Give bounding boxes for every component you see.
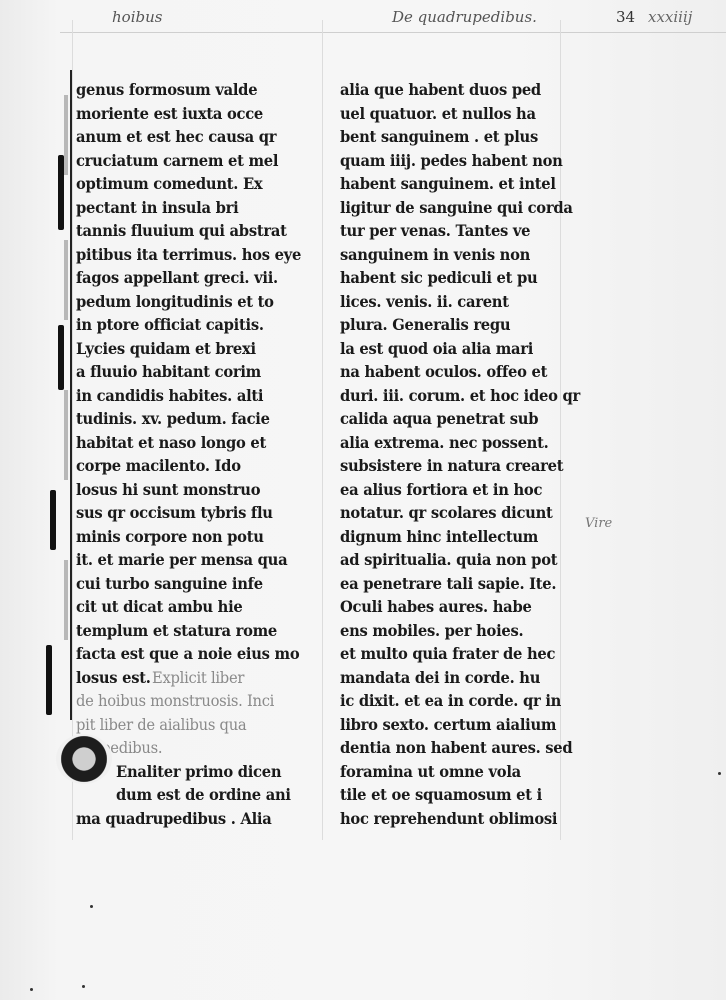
text-line: tur per venas. Tantes ve [340, 219, 561, 243]
text-line: ma quadrupedibus . Alia [76, 807, 297, 831]
column-a: genus formosum valde moriente est iuxta … [76, 78, 316, 830]
text-line: habitat et naso longo et [76, 431, 297, 455]
text-line: pedum longitudinis et to [76, 290, 297, 314]
text-line: dentia non habent aures. sed [340, 736, 561, 760]
text-line: mandata dei in corde. hu [340, 666, 561, 690]
text-line: optimum comedunt. Ex [76, 172, 297, 196]
text-line: losus hi sunt monstruo [76, 478, 297, 502]
pen-flourish-bar [64, 95, 68, 175]
pen-flourish-bar [46, 645, 52, 715]
text-line: uel quatuor. et nullos ha [340, 102, 561, 126]
text-line: ens mobiles. per hoies. [340, 619, 561, 643]
text-line: et multo quia frater de hec [340, 642, 561, 666]
text-line: duri. iii. corum. et hoc ideo qr [340, 384, 561, 408]
text-line: pectant in insula bri [76, 196, 297, 220]
text-line: tudinis. xv. pedum. facie [76, 407, 297, 431]
folio-number: 34 [616, 8, 635, 26]
text-line: corpe macilento. Ido [76, 454, 297, 478]
text-line: in candidis habites. alti [76, 384, 297, 408]
text-line: alia que habent duos ped [340, 78, 561, 102]
text-line: Enaliter primo dicen [116, 760, 300, 784]
ink-speck [30, 988, 33, 991]
text-line: habent sanguinem. et intel [340, 172, 561, 196]
text-line: na habent oculos. offeo et [340, 360, 561, 384]
border-decoration [70, 70, 72, 720]
text-line: ligitur de sanguine qui corda [340, 196, 561, 220]
text-line: dignum hinc intellectum [340, 525, 561, 549]
rubric-line: pit liber de aialibus qua [76, 713, 297, 737]
text-line: la est quod oia alia mari [340, 337, 561, 361]
ink-speck [90, 905, 93, 908]
text-line: minis corpore non potu [76, 525, 297, 549]
text-line: sanguinem in venis non [340, 243, 561, 267]
text-line: pitibus ita terrimus. hos eye [76, 243, 297, 267]
text-line: Lycies quidam et brexi [76, 337, 297, 361]
text-line: dum est de ordine ani [116, 783, 300, 807]
text-line: alia extrema. nec possent. [340, 431, 561, 455]
running-title-center: De quadrupedibus. [392, 8, 537, 26]
text-line: tannis fluuium qui abstrat [76, 219, 297, 243]
text-line: subsistere in natura crearet [340, 454, 561, 478]
text-line: quam iiij. pedes habent non [340, 149, 561, 173]
text-line: bent sanguinem . et plus [340, 125, 561, 149]
text-line: foramina ut omne vola [340, 760, 561, 784]
text-line: tile et oe squamosum et i [340, 783, 561, 807]
text-line: in ptore officiat capitis. [76, 313, 297, 337]
pen-flourish-bar [50, 490, 56, 550]
text-line: sus qr occisum tybris flu [76, 501, 297, 525]
text-line: anum et est hec causa qr [76, 125, 297, 149]
ink-speck [718, 772, 721, 775]
text-line: lices. venis. ii. carent [340, 290, 561, 314]
pen-flourish-bar [64, 240, 68, 320]
pen-flourish-bar [58, 155, 64, 230]
text-line: ea alius fortiora et in hoc [340, 478, 561, 502]
text-line: cui turbo sanguine infe [76, 572, 297, 596]
text-line: cit ut dicat ambu hie [76, 595, 297, 619]
pen-flourish-bar [64, 560, 68, 640]
text-line: a fluuio habitant corim [76, 360, 297, 384]
text-line: genus formosum valde [76, 78, 297, 102]
running-title-left: hoibus [112, 8, 162, 26]
text-line: libro sexto. certum aialium [340, 713, 561, 737]
rubric-line: Explicit liber [152, 666, 244, 690]
text-line: it. et marie per mensa qua [76, 548, 297, 572]
column-rule [72, 20, 73, 840]
text-line: moriente est iuxta occe [76, 102, 297, 126]
text-line: ea penetrare tali sapie. Ite. [340, 572, 561, 596]
pen-flourish-bar [58, 325, 64, 390]
column-a-text: genus formosum valde moriente est iuxta … [76, 78, 316, 830]
text-line: hoc reprehendunt oblimosi [340, 807, 561, 831]
text-line: cruciatum carnem et mel [76, 149, 297, 173]
text-line: ic dixit. et ea in corde. qr in [340, 689, 561, 713]
column-b: alia que habent duos ped uel quatuor. et… [340, 78, 580, 830]
pen-flourish-bar [64, 390, 68, 480]
text-line: ad spiritualia. quia non pot [340, 548, 561, 572]
rubric-line: de hoibus monstruosis. Inci [76, 689, 297, 713]
margin-note: Vire [585, 516, 612, 531]
text-line: fagos appellant greci. vii. [76, 266, 297, 290]
text-line: plura. Generalis regu [340, 313, 561, 337]
text-line: Oculi habes aures. habe [340, 595, 561, 619]
decorated-initial-g: G [56, 734, 112, 784]
text-line: notatur. qr scolares dicunt [340, 501, 561, 525]
text-line: facta est que a noie eius mo [76, 642, 297, 666]
column-rule [322, 20, 323, 840]
text-line: habent sic pediculi et pu [340, 266, 561, 290]
text-line: calida aqua penetrat sub [340, 407, 561, 431]
header-ruling [60, 32, 726, 33]
text-line: losus est. [76, 666, 151, 690]
manuscript-page: hoibus De quadrupedibus. 34 xxxiiij genu… [0, 0, 726, 1000]
text-line: templum et statura rome [76, 619, 297, 643]
roman-folio: xxxiiij [648, 8, 692, 26]
ink-speck [82, 985, 85, 988]
